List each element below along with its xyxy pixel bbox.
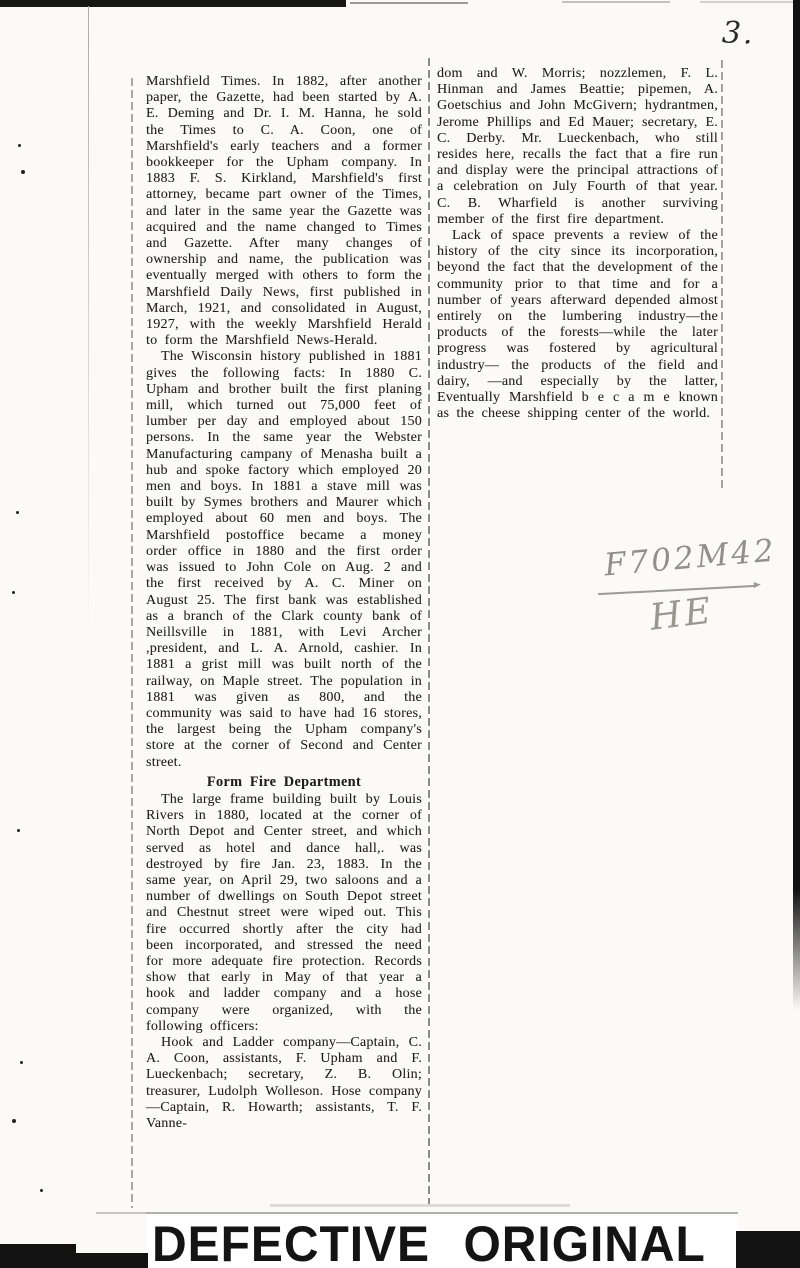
scan-speck xyxy=(17,829,20,832)
bottom-left-black-block xyxy=(0,1244,76,1268)
article-paragraph: The Wisconsin history published in 1881 … xyxy=(146,349,422,770)
handwritten-initials: HE xyxy=(648,590,716,638)
right-edge-scan-bar xyxy=(793,0,800,1010)
page-number: 3. xyxy=(721,15,755,51)
bottom-right-black-block xyxy=(736,1231,800,1268)
scan-speck xyxy=(16,511,19,514)
top-edge-scan-bar xyxy=(0,0,346,7)
column-rule-left xyxy=(131,78,133,1208)
stamp-strip-edge xyxy=(96,1212,148,1214)
scan-speck xyxy=(40,1189,43,1192)
defective-original-stamp: DEFECTIVE ORIGINAL xyxy=(152,1215,706,1268)
article-paragraph: Hook and Ladder company—Captain, C. A. C… xyxy=(146,1035,422,1132)
cut-text-remnant xyxy=(270,1204,570,1207)
scan-speck xyxy=(12,591,15,594)
handwritten-underline-arrow xyxy=(598,585,756,595)
column-rule-right xyxy=(721,60,723,490)
handwritten-code: F702M42 xyxy=(603,533,778,584)
top-edge-scan-line xyxy=(562,1,670,3)
column-rule-center xyxy=(428,58,430,1210)
scan-speck xyxy=(21,170,25,174)
right-column: dom and W. Morris; nozzlemen, F. L. Hinm… xyxy=(437,66,718,496)
article-paragraph: Lack of space prevents a review of the h… xyxy=(437,228,718,422)
top-edge-scan-line xyxy=(700,1,800,3)
fire-department-heading: Form Fire Department xyxy=(146,774,422,790)
bottom-left-black-block xyxy=(70,1253,148,1268)
left-column: Marshfield Times. In 1882, after another… xyxy=(146,74,422,1208)
scan-speck xyxy=(18,144,21,147)
scan-speck xyxy=(12,1119,16,1123)
scanned-newspaper-page: 3. Marshfield Times. In 1882, after anot… xyxy=(0,0,800,1268)
article-paragraph: dom and W. Morris; nozzlemen, F. L. Hinm… xyxy=(437,66,718,228)
scan-speck xyxy=(20,1061,23,1064)
top-edge-scan-line xyxy=(350,2,468,4)
clipping-fold-line xyxy=(88,6,89,646)
article-paragraph: The large frame building built by Louis … xyxy=(146,792,422,1035)
article-paragraph: Marshfield Times. In 1882, after another… xyxy=(146,74,422,349)
